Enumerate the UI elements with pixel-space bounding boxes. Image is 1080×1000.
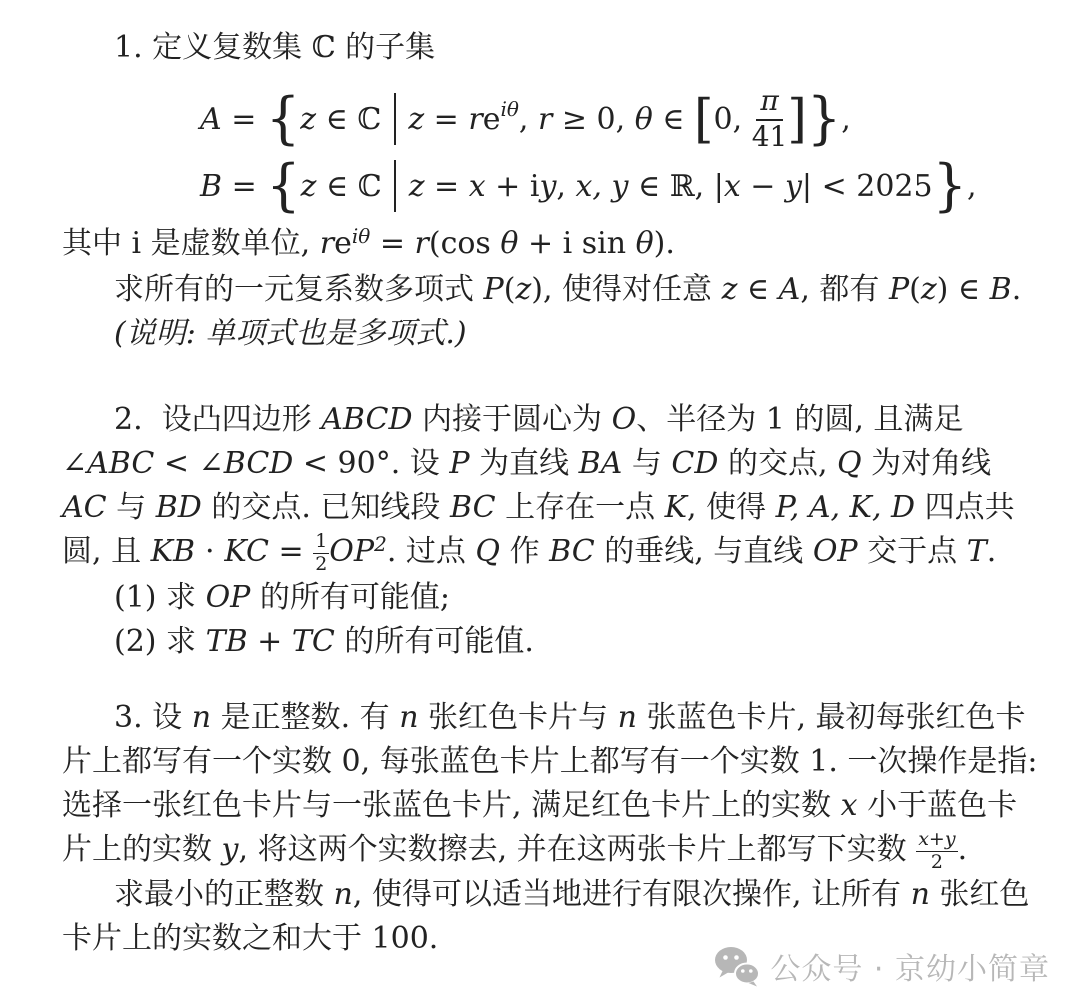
set-builder-bar — [394, 160, 396, 212]
set-builder-bar — [394, 93, 396, 145]
watermark-label: 公众号 · 京幼小简章 — [770, 944, 1050, 988]
problem-1-line-4: 求所有的一元复系数多项式 P(z), 使得对任意 z ∈ A, 都有 P(z) … — [62, 268, 1044, 312]
big-delimiter: } — [807, 91, 841, 147]
problem-1-note-line: (说明: 单项式也是多项式.) — [62, 312, 1044, 356]
problem-1-title-line: 1. 定义复数集 ℂ 的子集 — [62, 26, 1044, 70]
problem-3-title-line: 3. 设 n 是正整数. 有 n 张红色卡片与 n 张蓝色卡片, 最初每张红色卡 — [62, 696, 1044, 740]
problem-2: 2. 设凸四边形 ABCD 内接于圆心为 O、半径为 1 的圆, 且满足∠ABC… — [62, 398, 1044, 664]
problem-2-part-1: (1) 求 OP 的所有可能值; — [62, 576, 1044, 620]
big-delimiter: ] — [787, 93, 807, 145]
problem-2-title-line: 2. 设凸四边形 ABCD 内接于圆心为 O、半径为 1 的圆, 且满足 — [62, 398, 1044, 442]
problem-1: 1. 定义复数集 ℂ 的子集A = {z ∈ ℂ z = reiθ, r ≥ 0… — [62, 26, 1044, 356]
fraction: x+y2 — [916, 829, 957, 874]
big-delimiter: [ — [694, 93, 714, 145]
problem-3-line-2: 片上都写有一个实数 0, 每张蓝色卡片上都写有一个实数 1. 一次操作是指: — [62, 740, 1044, 784]
big-delimiter: { — [266, 91, 300, 147]
watermark: 公众号 · 京幼小简章 — [714, 944, 1050, 988]
problem-3: 3. 设 n 是正整数. 有 n 张红色卡片与 n 张蓝色卡片, 最初每张红色卡… — [62, 696, 1044, 961]
problem-1-line-3: 其中 i 是虚数单位, reiθ = r(cos θ + i sin θ). — [62, 222, 1044, 268]
problem-3-line-4: 片上的实数 y, 将这两个实数擦去, 并在这两张卡片上都写下实数 x+y2. — [62, 828, 1044, 873]
big-delimiter: } — [933, 158, 967, 214]
problem-3-line-5: 求最小的正整数 n, 使得可以适当地进行有限次操作, 让所有 n 张红色 — [62, 873, 1044, 917]
problem-2-line-4: 圆, 且 KB ⋅ KC = 12OP2. 过点 Q 作 BC 的垂线, 与直线… — [62, 530, 1044, 576]
problem-2-part-2: (2) 求 TB + TC 的所有可能值. — [62, 620, 1044, 664]
equation-set-b: B = {z ∈ ℂ z = x + iy, x, y ∈ ℝ, |x − y|… — [200, 156, 1044, 216]
problem-3-line-3: 选择一张红色卡片与一张蓝色卡片, 满足红色卡片上的实数 x 小于蓝色卡 — [62, 784, 1044, 828]
equation-set-a: A = {z ∈ ℂ z = reiθ, r ≥ 0, θ ∈ [0, π41]… — [200, 82, 1044, 156]
wechat-icon — [714, 946, 760, 987]
fraction: 12 — [313, 531, 329, 576]
fraction: π41 — [752, 85, 788, 152]
problem-2-line-2: ∠ABC < ∠BCD < 90°. 设 P 为直线 BA 与 CD 的交点, … — [62, 442, 1044, 486]
document-body: 1. 定义复数集 ℂ 的子集A = {z ∈ ℂ z = reiθ, r ≥ 0… — [0, 0, 1080, 961]
problem-2-line-3: AC 与 BD 的交点. 已知线段 BC 上存在一点 K, 使得 P, A, K… — [62, 486, 1044, 530]
big-delimiter: { — [266, 158, 300, 214]
